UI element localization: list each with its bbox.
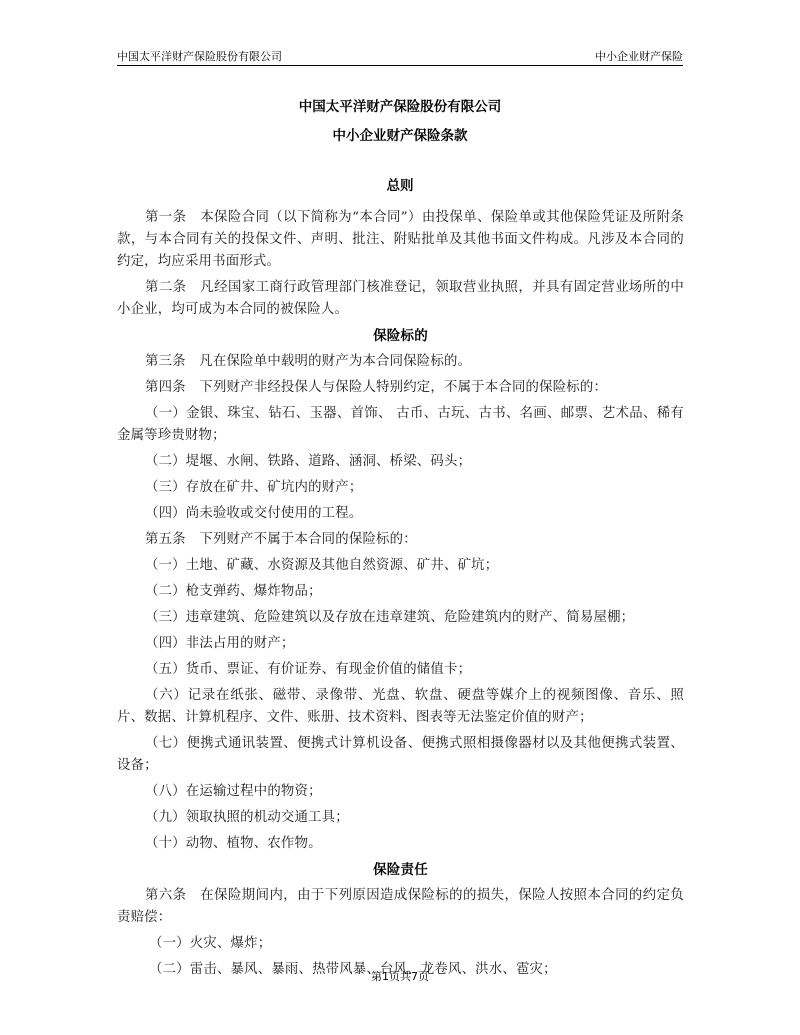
article-6-item: （一）火灾、爆炸； — [117, 933, 684, 955]
article-4-item: （三）存放在矿井、矿坑内的财产； — [117, 477, 684, 499]
article-4-item: （一）金银、珠宝、钻石、玉器、首饰、 古币、古玩、古书、名画、邮票、艺术品、稀有… — [117, 403, 684, 447]
article-2: 第二条 凡经国家工商行政管理部门核准登记，领取营业执照，并具有固定营业场所的中小… — [117, 277, 684, 321]
article-5-item: （八）在运输过程中的物资； — [117, 781, 684, 803]
page-number: 第1页共7页 — [0, 968, 800, 984]
document-page: 中国太平洋财产保险股份有限公司 中小企业财产保险 中国太平洋财产保险股份有限公司… — [0, 0, 800, 1035]
article-6: 第六条 在保险期间内，由于下列原因造成保险标的的损失，保险人按照本合同的约定负责… — [117, 885, 684, 929]
article-5-item: （七）便携式通讯装置、便携式计算机设备、便携式照相摄像器材以及其他便携式装置、设… — [117, 733, 684, 777]
section-general: 总则 — [0, 174, 800, 194]
article-3: 第三条 凡在保险单中载明的财产为本合同保险标的。 — [117, 351, 684, 373]
article-5-item: （五）货币、票证、有价证券、有现金价值的储值卡； — [117, 659, 684, 681]
article-4-item: （四）尚未验收或交付使用的工程。 — [117, 503, 684, 525]
document-body: 第一条 本保险合同（以下简称为“本合同”）由投保单、保险单或其他保险凭证及所附条… — [117, 207, 684, 985]
article-5-item: （九）领取执照的机动交通工具； — [117, 807, 684, 829]
article-5-item: （六）记录在纸张、磁带、录像带、光盘、软盘、硬盘等媒介上的视频图像、音乐、照片、… — [117, 685, 684, 729]
doc-company-title: 中国太平洋财产保险股份有限公司 — [0, 95, 800, 115]
article-4-item: （二）堤堰、水闸、铁路、道路、涵洞、桥梁、码头； — [117, 451, 684, 473]
section-subject: 保险标的 — [117, 325, 684, 347]
header-product: 中小企业财产保险 — [595, 48, 683, 64]
article-4: 第四条 下列财产非经投保人与保险人特别约定，不属于本合同的保险标的： — [117, 377, 684, 399]
article-5-item: （一）土地、矿藏、水资源及其他自然资源、矿井、矿坑； — [117, 555, 684, 577]
article-5-item: （三）违章建筑、危险建筑以及存放在违章建筑、危险建筑内的财产、简易屋棚； — [117, 607, 684, 629]
article-5-item: （四）非法占用的财产； — [117, 633, 684, 655]
header-company: 中国太平洋财产保险股份有限公司 — [117, 48, 282, 64]
section-liability: 保险责任 — [117, 859, 684, 881]
article-1: 第一条 本保险合同（以下简称为“本合同”）由投保单、保险单或其他保险凭证及所附条… — [117, 207, 684, 273]
doc-title: 中小企业财产保险条款 — [0, 124, 800, 144]
article-5: 第五条 下列财产不属于本合同的保险标的： — [117, 529, 684, 551]
article-5-item: （二）枪支弹药、爆炸物品； — [117, 581, 684, 603]
page-header: 中国太平洋财产保险股份有限公司 中小企业财产保险 — [117, 45, 683, 66]
article-5-item: （十）动物、植物、农作物。 — [117, 833, 684, 855]
